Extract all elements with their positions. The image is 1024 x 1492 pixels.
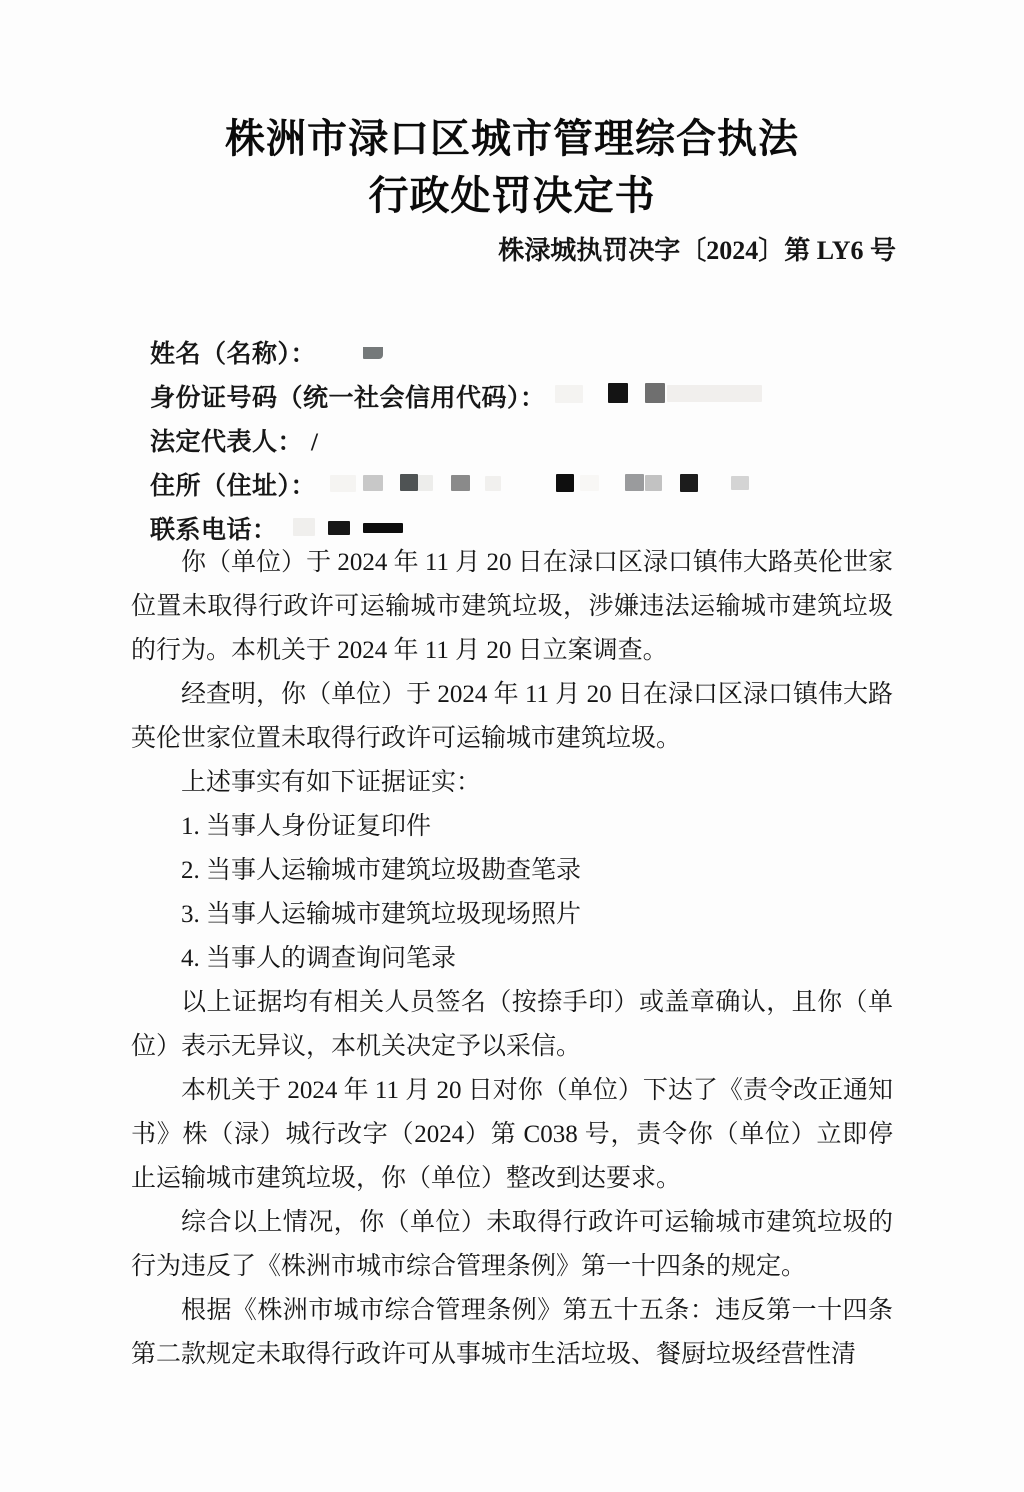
redacted-value-block — [363, 475, 383, 491]
field-value-phone — [278, 517, 286, 544]
field-label-name: 姓名（名称）： — [150, 341, 316, 368]
body-paragraph-evidence-item-3: 3. 当事人运输城市建筑垃圾现场照片 — [131, 893, 893, 937]
field-label-id-number: 身份证号码（统一社会信用代码）： — [150, 385, 546, 412]
body-paragraph-correction-notice: 本机关于 2024 年 11 月 20 日对你（单位）下达了《责令改正通知书》株… — [131, 1069, 893, 1201]
redacted-value-block — [418, 475, 433, 491]
body-paragraph-evidence-item-4: 4. 当事人的调查询问笔录 — [131, 937, 893, 981]
document-title: 株洲市渌口区城市管理综合执法 行政处罚决定书 — [0, 110, 1024, 224]
redacted-value-block — [363, 347, 383, 359]
field-label-phone: 联系电话： — [150, 517, 278, 544]
field-value-legal-representative: / — [303, 429, 318, 456]
body-paragraph-evidence-intro: 上述事实有如下证据证实： — [131, 761, 893, 805]
redacted-value-block — [293, 518, 315, 536]
redacted-value-block — [363, 523, 403, 533]
field-row-id-number: 身份证号码（统一社会信用代码）： — [150, 377, 934, 421]
field-value-id-number — [546, 385, 554, 412]
redacted-value-block — [485, 476, 501, 491]
redacted-value-block — [555, 385, 583, 403]
redacted-value-block — [680, 474, 698, 492]
body-paragraph-evidence-item-1: 1. 当事人身份证复印件 — [131, 805, 893, 849]
body-paragraph-evidence-confirmation: 以上证据均有相关人员签名（按捺手印）或盖章确认，且你（单位）表示无异议，本机关决… — [131, 981, 893, 1069]
document-title-line1: 株洲市渌口区城市管理综合执法 — [0, 110, 1024, 167]
redacted-value-block — [645, 383, 665, 403]
body-paragraph-facts-2: 经查明，你（单位）于 2024 年 11 月 20 日在渌口区渌口镇伟大路英伦世… — [131, 673, 893, 761]
redacted-value-block — [451, 475, 470, 491]
document-header: 株洲市渌口区城市管理综合执法 行政处罚决定书 株渌城执罚决字〔2024〕第 LY… — [0, 110, 1024, 266]
redacted-value-block — [580, 475, 599, 491]
redacted-value-block — [556, 474, 574, 492]
body-paragraph-legal-basis: 根据《株洲市城市综合管理条例》第五十五条：违反第一十四条第二款规定未取得行政许可… — [131, 1289, 893, 1377]
redacted-value-block — [400, 474, 418, 491]
document-title-line2: 行政处罚决定书 — [0, 167, 1024, 224]
scanned-document-page: 株洲市渌口区城市管理综合执法 行政处罚决定书 株渌城执罚决字〔2024〕第 LY… — [0, 0, 1024, 1492]
redacted-value-block — [645, 475, 662, 491]
redacted-value-block — [667, 385, 762, 402]
body-paragraph-violation-conclusion: 综合以上情况，你（单位）未取得行政许可运输城市建筑垃圾的行为违反了《株洲市城市综… — [131, 1201, 893, 1289]
redacted-value-block — [328, 521, 350, 535]
field-value-name — [316, 341, 324, 368]
field-label-legal-representative: 法定代表人： — [150, 429, 303, 456]
party-info-fields: 姓名（名称）： 身份证号码（统一社会信用代码）： 法定代表人：/ 住所（住址）：… — [150, 333, 934, 553]
redacted-value-block — [608, 383, 628, 403]
field-row-name: 姓名（名称）： — [150, 333, 934, 377]
redacted-value-block — [731, 476, 749, 490]
document-number: 株渌城执罚决字〔2024〕第 LY6 号 — [0, 236, 1024, 266]
redacted-value-block — [625, 474, 644, 491]
body-paragraph-facts-1: 你（单位）于 2024 年 11 月 20 日在渌口区渌口镇伟大路英伦世家位置未… — [131, 541, 893, 673]
redacted-value-block — [330, 475, 356, 492]
field-row-legal-representative: 法定代表人：/ — [150, 421, 934, 465]
document-body: 你（单位）于 2024 年 11 月 20 日在渌口区渌口镇伟大路英伦世家位置未… — [131, 541, 893, 1377]
field-label-address: 住所（住址）： — [150, 473, 316, 500]
field-row-address: 住所（住址）： — [150, 465, 934, 509]
body-paragraph-evidence-item-2: 2. 当事人运输城市建筑垃圾勘查笔录 — [131, 849, 893, 893]
field-value-address — [316, 473, 324, 500]
